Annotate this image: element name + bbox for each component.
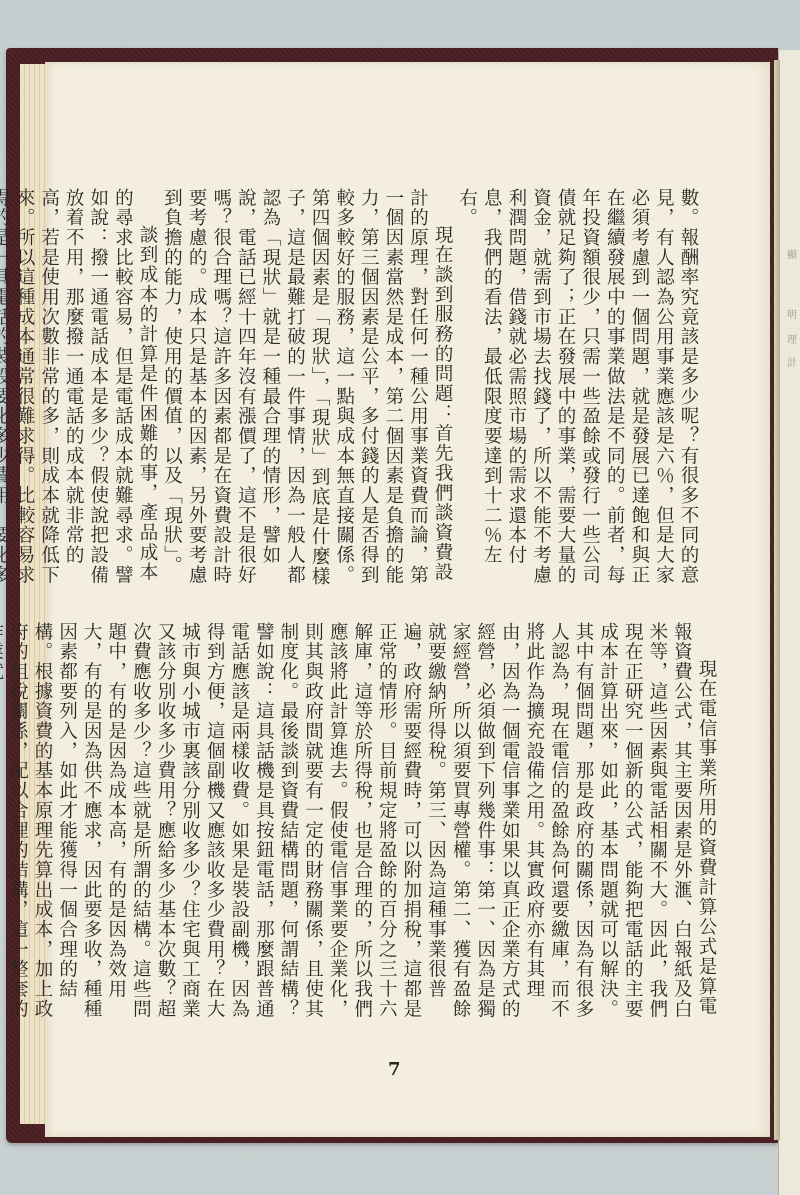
top-text-block: 數。報酬率究竟該是多少呢？有很多不同的意見，有人認為公用事業應該是六％，但是大家… [90, 188, 700, 598]
adjacent-page: 顯 明 理 計 [778, 50, 800, 1195]
paragraph-tariff-design-principles: 現在談到服務的問題：首先我們談資費設計的原理，對任何一種公用事業資費而論，第一個… [159, 188, 454, 598]
adjacent-page-fragment: 理 [787, 335, 797, 347]
page-number: 7 [388, 1059, 401, 1080]
adjacent-page-fragment: 計 [787, 358, 797, 370]
adjacent-page-fragment: 顯 [787, 250, 797, 262]
bottom-text-block: 現在電信事業所用的資費計算公式是算電報資費公式，其主要因素是外滙、白報紙及白米等… [98, 622, 718, 1032]
paragraph-rate-of-return: 數。報酬率究竟該是多少呢？有很多不同的意見，有人認為公用事業應該是六％，但是大家… [454, 188, 700, 598]
page-gutter [774, 60, 780, 1140]
paragraph-cost-calculation: 談到成本的計算是件困難的事，產品成本的尋求比較容易，但是電話成本就難尋求。譬如說… [0, 188, 159, 598]
adjacent-page-fragment: 明 [787, 310, 797, 322]
paragraph-tariff-formula-and-structure: 現在電信事業所用的資費計算公式是算電報資費公式，其主要因素是外滙、白報紙及白米等… [0, 622, 718, 1032]
